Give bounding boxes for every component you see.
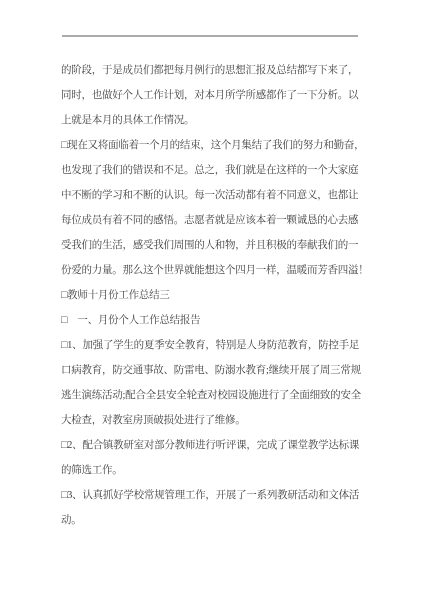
text-line: □ 一、月份个人工作总结报告 <box>61 308 371 333</box>
document-page: 的阶段，于是成员们都把每月例行的思想汇报及总结都写下来了， 同时，也做好个人工作… <box>0 0 423 600</box>
text-line: □3、认真抓好学校常规管理工作，开展了一系列教研活动和文体活 <box>61 483 371 508</box>
text-line: 每位成员有着不同的感悟。志愿者就是应该本着一颗诚恳的心去感 <box>61 208 371 233</box>
text-line: 份爱的力量。那么这个世界就能想这个四月一样，温暖而芳香四溢！ <box>61 258 371 283</box>
text-line: 同时，也做好个人工作计划，对本月所学所感都作了一下分析。以 <box>61 83 371 108</box>
document-text: 的阶段，于是成员们都把每月例行的思想汇报及总结都写下来了， 同时，也做好个人工作… <box>61 58 371 533</box>
text-line: □2、配合镇教研室对部分教师进行听评课，完成了课堂教学达标课 <box>61 433 371 458</box>
text-line: 的筛选工作。 <box>61 458 371 483</box>
text-line: 也发现了我们的错误和不足。总之，我们就是在这样的一个大家庭 <box>61 158 371 183</box>
text-line: 逃生演练活动;配合全县安全轮查对校园设施进行了全面细致的安全 <box>61 383 371 408</box>
text-line: 口病教育，防交通事故、防雷电、防溺水教育;继续开展了周三常规 <box>61 358 371 383</box>
text-line: □1、加强了学生的夏季安全教育，特别是人身防范教育，防控手足 <box>61 333 371 358</box>
text-line: 上就是本月的具体工作情况。 <box>61 108 371 133</box>
text-line: 中不断的学习和不断的认识。每一次活动都有着不同意义，也都让 <box>61 183 371 208</box>
text-line: □教师十月份工作总结三 <box>61 283 371 308</box>
text-line: 的阶段，于是成员们都把每月例行的思想汇报及总结都写下来了， <box>61 58 371 83</box>
text-line: 动。 <box>61 508 371 533</box>
text-line: □现在又将面临着一个月的结束，这个月集结了我们的努力和勤奋， <box>61 133 371 158</box>
divider-line <box>62 35 358 37</box>
text-line: 受我们的生活，感受我们周围的人和物，并且积极的奉献我们的一 <box>61 233 371 258</box>
text-line: 大检查，对教室房顶破损处进行了维修。 <box>61 408 371 433</box>
